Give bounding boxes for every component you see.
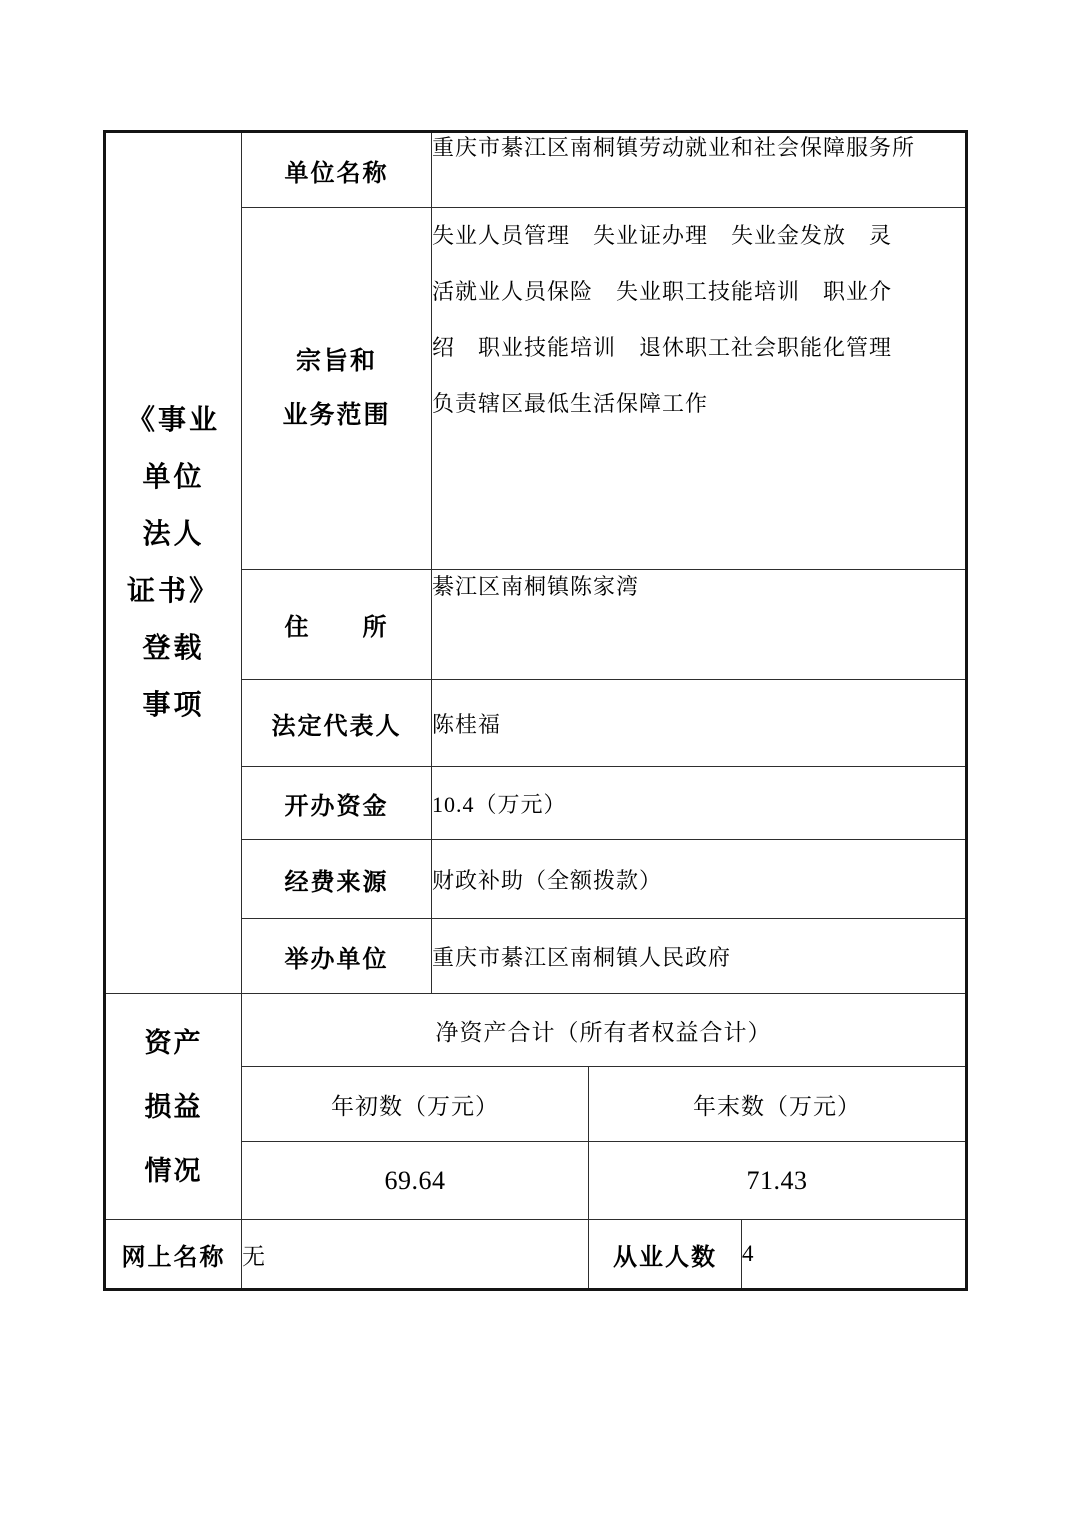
table-row: 资产 损益 情况 净资产合计（所有者权益合计） (105, 994, 967, 1067)
domicile-label: 住 所 (242, 570, 432, 680)
end-year-label: 年末数（万元） (589, 1067, 967, 1142)
assets-side-label: 资产 损益 情况 (105, 994, 242, 1220)
online-name-label: 网上名称 (105, 1220, 242, 1290)
staff-count-value: 4 (742, 1220, 967, 1290)
begin-year-value: 69.64 (242, 1142, 589, 1220)
organizer-label: 举办单位 (242, 919, 432, 994)
staff-count-label: 从业人数 (589, 1220, 742, 1290)
opening-funds-value: 10.4（万元） (432, 767, 967, 840)
table-row: 《事业 单位 法人 证书》 登载 事项 单位名称 重庆市綦江区南桐镇劳动就业和社… (105, 132, 967, 208)
end-year-value: 71.43 (589, 1142, 967, 1220)
online-name-value: 无 (242, 1220, 589, 1290)
legal-representative-value: 陈桂福 (432, 680, 967, 767)
funding-source-value: 财政补助（全额拨款） (432, 840, 967, 919)
domicile-value: 綦江区南桐镇陈家湾 (432, 570, 967, 680)
unit-name-cell: 重庆市綦江区南桐镇劳动就业和社会保障服务所 (432, 132, 967, 208)
legal-person-certificate-table: 《事业 单位 法人 证书》 登载 事项 单位名称 重庆市綦江区南桐镇劳动就业和社… (103, 130, 968, 1291)
purpose-scope-value: 失业人员管理 失业证办理 失业金发放 灵 活就业人员保险 失业职工技能培训 职业… (432, 208, 967, 570)
net-assets-header: 净资产合计（所有者权益合计） (242, 994, 967, 1067)
unit-name-label: 单位名称 (242, 132, 432, 208)
organizer-value: 重庆市綦江区南桐镇人民政府 (432, 919, 967, 994)
opening-funds-label: 开办资金 (242, 767, 432, 840)
begin-year-label: 年初数（万元） (242, 1067, 589, 1142)
document-page: { "document": { "background": "#ffffff",… (0, 0, 1074, 1520)
funding-source-label: 经费来源 (242, 840, 432, 919)
unit-name-value: 重庆市綦江区南桐镇劳动就业和社会保障服务所 (432, 133, 922, 163)
purpose-scope-label: 宗旨和 业务范围 (242, 208, 432, 570)
table-row: 网上名称 无 从业人数 4 (105, 1220, 967, 1290)
legal-representative-label: 法定代表人 (242, 680, 432, 767)
certificate-side-label: 《事业 单位 法人 证书》 登载 事项 (105, 132, 242, 994)
